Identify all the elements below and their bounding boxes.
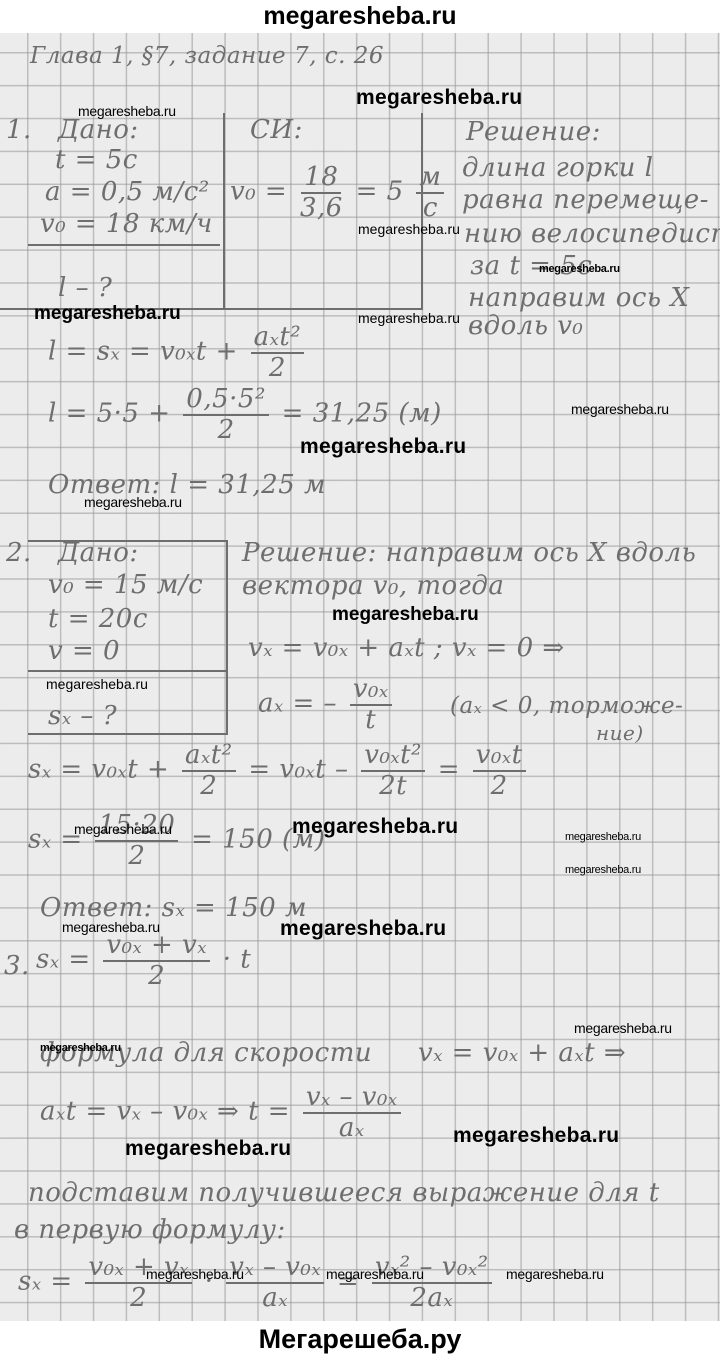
p3-eq-displacement: sₓ = v₀ₓ + vₓ2 · t (36, 931, 251, 990)
p3-text-substitute: подставим получившееся выражение для t (28, 1178, 660, 1208)
watermark: megaresheba.ru (332, 604, 479, 626)
watermark: megaresheba.ru (78, 103, 176, 119)
problem2-find: sₓ – ? (48, 701, 117, 731)
given-divider (28, 244, 220, 246)
p2-calc: sₓ = 15·202 = 150 (м) (28, 811, 325, 870)
problem2-given-t: t = 20с (48, 604, 148, 634)
watermark: megaresheba.ru (358, 310, 460, 326)
p2-eq-note-cont: ние) (596, 721, 644, 745)
watermark: megaresheba.ru (506, 1266, 604, 1282)
p1-solution-line-7: вдоль v₀ (468, 311, 583, 341)
problem1-given-v0: v₀ = 18 км/ч (40, 209, 213, 239)
watermark: megaresheba.ru (356, 86, 522, 110)
problem3-number: 3. (4, 951, 30, 981)
si-conversion: v₀ = 183,6 = 5 мс (230, 163, 448, 222)
site-footer-banner: Мегарешеба.ру (0, 1321, 720, 1355)
problem2-given-v0: v₀ = 15 м/с (48, 570, 203, 600)
p3-text-first-formula: в первую формулу: (14, 1215, 286, 1245)
watermark: megaresheba.ru (125, 1137, 291, 1161)
problem1-given-t: t = 5с (55, 145, 138, 175)
p1-solution-line-1: Решение: (466, 117, 601, 147)
p2-solution-line-2: вектора v₀, тогда (242, 571, 504, 601)
p2-eq-note: (aₓ < 0, торможе- (450, 693, 683, 719)
p2-eq-velocity: vₓ = v₀ₓ + aₓt ; vₓ = 0 ⇒ (248, 633, 565, 663)
problem2-given-label: Дано: (58, 538, 139, 568)
p3-eq-time: aₓt = vₓ – v₀ₓ ⇒ t = vₓ – v₀ₓaₓ (40, 1083, 405, 1142)
watermark: megaresheba.ru (539, 263, 620, 275)
watermark: megaresheba.ru (34, 303, 181, 325)
problem1-given-a: a = 0,5 м/с² (45, 177, 210, 207)
p2-box-bottom (28, 733, 228, 735)
site-header-banner: megaresheba.ru (0, 0, 720, 33)
watermark: megaresheba.ru (453, 1124, 619, 1148)
p1-solution-line-3: равна перемеще- (462, 185, 709, 215)
problem1-given-label: Дано: (58, 115, 139, 145)
watermark: megaresheba.ru (326, 1266, 424, 1282)
si-box-left (223, 113, 225, 308)
watermark: megaresheba.ru (565, 864, 641, 876)
p2-box-top (28, 540, 226, 542)
watermark: megaresheba.ru (62, 919, 160, 935)
p2-box-right (226, 540, 228, 733)
problem2-number: 2. (6, 538, 32, 568)
problem1-find: l – ? (58, 273, 112, 303)
watermark: megaresheba.ru (358, 221, 460, 237)
watermark: megaresheba.ru (84, 494, 182, 510)
p2-given-divider (28, 670, 226, 672)
watermark: megaresheba.ru (74, 821, 172, 837)
p2-eq-acceleration: aₓ = – v₀ₓt (258, 675, 396, 734)
watermark: megaresheba.ru (46, 676, 148, 692)
p2-solution-line-1: Решение: направим ось X вдоль (242, 538, 696, 568)
watermark: megaresheba.ru (300, 435, 466, 459)
p1-formula-general: l = sₓ = v₀ₓt + aₓt²2 (48, 323, 308, 382)
problem1-number: 1. (6, 115, 32, 145)
watermark: megaresheba.ru (292, 815, 458, 839)
page-heading: Глава 1, §7, задание 7, с. 26 (30, 43, 384, 69)
watermark: megaresheba.ru (565, 831, 641, 843)
p2-eq-displacement: sₓ = v₀ₓt + aₓt²2 = v₀ₓt – v₀ₓt²2t = v₀ₓ… (28, 741, 530, 800)
watermark: megaresheba.ru (571, 401, 669, 417)
si-label: СИ: (250, 115, 303, 145)
p1-solution-line-2: длина горки l (462, 153, 653, 183)
watermark: megaresheba.ru (280, 917, 446, 941)
p3-eq-velocity: vₓ = v₀ₓ + aₓt ⇒ (418, 1038, 626, 1068)
watermark: megaresheba.ru (574, 1020, 672, 1036)
p3-final-formula: sₓ = v₀ₓ + vₓ2 · vₓ – v₀ₓaₓ = vₓ² – v₀ₓ²… (18, 1253, 496, 1312)
p1-solution-line-4: нию велосипедиста (464, 219, 720, 249)
watermark: megaresheba.ru (146, 1266, 244, 1282)
notebook-page: Глава 1, §7, задание 7, с. 26 1. Дано: t… (0, 33, 720, 1321)
watermark: megaresheba.ru (40, 1042, 121, 1054)
p1-solution-line-6: направим ось X (468, 283, 689, 313)
problem2-given-v: v = 0 (48, 636, 120, 666)
